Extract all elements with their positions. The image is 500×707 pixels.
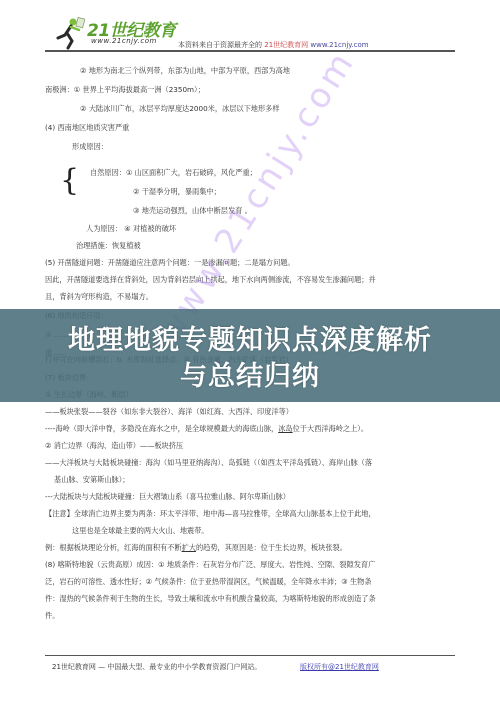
header-divider <box>45 50 455 52</box>
source-url-link[interactable]: www.21cnjy.com <box>310 41 368 49</box>
text-line: ③ 地壳运动强烈，山体中断层发育 。 <box>133 206 252 215</box>
text-line: (4) 西南地区地质灾害严重 <box>45 123 129 132</box>
underlined-term: 扩大 <box>182 543 196 552</box>
brace-symbol: { <box>60 166 79 196</box>
text-line: ② 干湿季分明，暴雨集中； <box>133 187 221 196</box>
text-line: (5) 开凿隧道问题：开凿隧道应注意两个问题：一是渗漏问题；二是塌方问题。 <box>45 258 295 267</box>
text-line: ② 大陆冰川广布，冰层平均厚度达2000米，冰层以下地形多样 <box>80 104 280 113</box>
logo-url: www.21cnjy.com <box>91 37 157 45</box>
text-line: 件。 <box>45 611 59 620</box>
underlined-term: 冰岛 <box>278 424 292 433</box>
text-line: ——大洋板块与大陆板块碰撞：海沟（如马里亚纳海沟）、岛弧链（（如西太平洋岛弧链）… <box>45 458 372 467</box>
text-line: 因此，开凿隧道要选择在背斜处，因为背斜岩层向上拱起，地下水向两侧渗流，不容易发生… <box>45 275 376 284</box>
text-line: (8) 喀斯特地貌（云贵高原）成因：① 地质条件：石灰岩分布广泛、厚度大、岩性纯… <box>45 560 375 569</box>
source-prefix: 本资料来自于资源最齐全的 <box>178 41 262 49</box>
footer-text: 21世纪教育网 — 中国最大型、最专业的中小学教育资源门户网站。 <box>52 662 261 672</box>
text-line: 基山脉、安第斯山脉）； <box>54 475 129 484</box>
text-line: 且，背斜为穹形构造，不易塌方。 <box>45 292 153 301</box>
text-line: 人为原因： ④ 对植被的破坏 <box>86 224 176 233</box>
document-page: 21世纪教育 www.21cnjy.com 本资料来自于资源最齐全的 21世纪教… <box>0 0 500 707</box>
text-line: 件：湿热的气候条件利于生物的生长，导致土壤和流水中有机酸含量较高，为喀斯特地貌的… <box>45 594 376 603</box>
text-line: ② 地形为南北三个纵列带，东部为山地，中部为平原，西部为高地 <box>80 66 290 75</box>
text-line: ——板块张裂——裂谷（如东非大裂谷）、海洋（如红海、大西洋、印度洋等） <box>45 407 293 416</box>
text-line: ② 消亡边界（海沟、造山带）——板块挤压 <box>45 441 183 450</box>
text-line: 这里也是全球最主要的两大火山、地震带。 <box>72 526 209 535</box>
text-line: 【注意】全球消亡边界主要为两条：环太平洋带、地中海—喜马拉雅带，全球高大山脉基本… <box>45 509 376 518</box>
title-banner: 地理地貌专题知识点深度解析 与总结归纳 <box>0 309 500 402</box>
text-line: 治理措施：恢复植被 <box>76 241 141 250</box>
runner-logo-icon <box>55 16 85 50</box>
text-line: ----海岭（即大洋中脊，多隐没在海水之中，是全球规模最大的海底山脉，冰岛位于大… <box>45 424 368 433</box>
banner-title-line1: 地理地貌专题知识点深度解析 <box>0 325 500 357</box>
text-line: 南极洲：① 世界上平均海拔最高一洲（2350m）； <box>45 85 205 94</box>
text-line: 例：根据板块理论分析，红海的面积有不断扩大的趋势，其原因是：位于生长边界，板块张… <box>45 543 347 552</box>
footer-divider <box>45 655 455 656</box>
source-site-link[interactable]: 21世纪教育网 <box>264 41 308 49</box>
copyright-link[interactable]: 版权所有@21世纪教育网 <box>300 662 379 672</box>
text-line: 自然原因：① 山区面积广大，岩石破碎，风化严重； <box>90 168 257 177</box>
banner-title-line2: 与总结归纳 <box>0 361 500 393</box>
text-line: 泛，岩石的可溶性、透水性好；② 气候条件：位于亚热带湿润区，气候温暖，全年降水丰… <box>45 577 372 586</box>
header-source-text: 本资料来自于资源最齐全的 21世纪教育网 www.21cnjy.com <box>178 40 369 50</box>
page-header: 21世纪教育 www.21cnjy.com 本资料来自于资源最齐全的 21世纪教… <box>45 10 455 52</box>
site-logo[interactable]: 21世纪教育 www.21cnjy.com <box>55 12 195 52</box>
text-line: ---大陆板块与大陆板块碰撞：巨大褶皱山系（喜马拉雅山脉、阿尔卑斯山脉） <box>45 492 290 501</box>
text-line: 形成原因： <box>72 142 108 151</box>
